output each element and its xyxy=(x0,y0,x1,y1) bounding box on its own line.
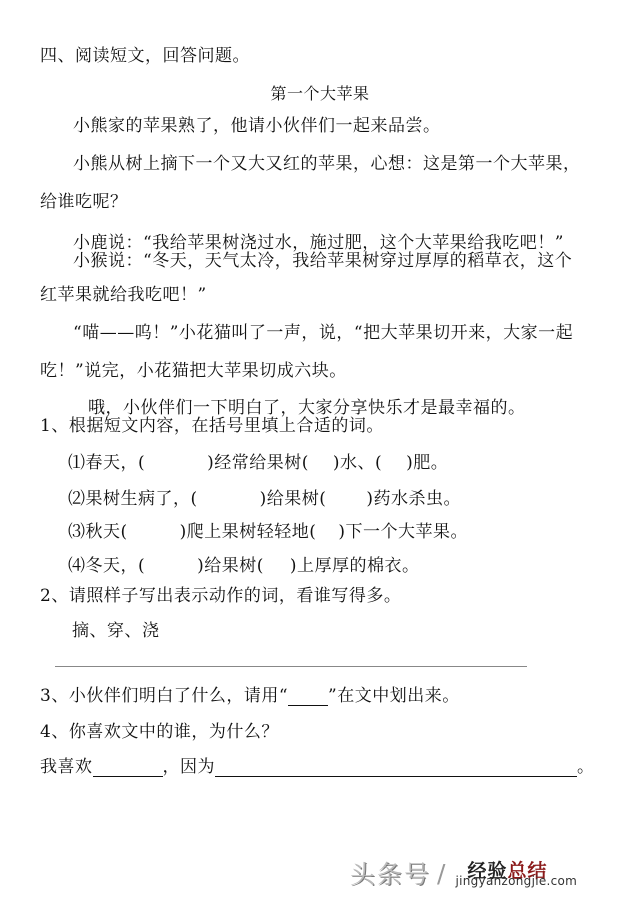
question-1-item-1: ⑴春天，()经常给果树()水、()肥。 xyxy=(68,453,448,473)
question-4-answer: 我喜欢，因为。 xyxy=(40,757,595,777)
story-paragraph-1: 小熊家的苹果熟了，他请小伙伴们一起来品尝。 xyxy=(73,116,441,136)
question-1-item-2: ⑵果树生病了，()给果树()药水杀虫。 xyxy=(68,489,461,509)
story-paragraph-4-line-2: 红苹果就给我吃吧！” xyxy=(40,285,207,305)
story-title: 第一个大苹果 xyxy=(0,84,640,104)
question-2-example: 摘、穿、浇 xyxy=(72,621,160,641)
story-paragraph-3: 小鹿说：“我给苹果树浇过水，施过肥，这个大苹果给我吃吧！” xyxy=(73,233,564,253)
question-4-prompt: 4、你喜欢文中的谁，为什么？ xyxy=(40,722,279,742)
watermark-logo: 经验总结 jingyanzongjie.com xyxy=(455,858,597,888)
story-paragraph-2-line-2: 给谁吃呢？ xyxy=(40,192,128,212)
answer-blank-who[interactable] xyxy=(93,760,163,777)
watermark-separator: / xyxy=(437,859,445,888)
story-paragraph-5-line-1: “喵——呜！”小花猫叫了一声，说，“把大苹果切开来，大家一起 xyxy=(73,323,573,343)
story-paragraph-2-line-1: 小熊从树上摘下一个又大又红的苹果，心想：这是第一个大苹果， xyxy=(73,154,581,174)
section-heading: 四、阅读短文，回答问题。 xyxy=(40,46,250,66)
watermark-platform: 头条号 xyxy=(350,855,431,891)
underline-sample xyxy=(288,689,328,706)
story-paragraph-4-line-1: 小猴说：“冬天，天气太冷，我给苹果树穿过厚厚的稻草衣，这个 xyxy=(73,251,572,271)
question-1-item-3: ⑶秋天()爬上果树轻轻地()下一个大苹果。 xyxy=(68,522,468,542)
question-3-prompt: 3、小伙伴们明白了什么，请用“”在文中划出来。 xyxy=(40,686,460,706)
watermark: 头条号 / 经验总结 jingyanzongjie.com xyxy=(350,858,597,888)
question-1-prompt: 1、根据短文内容，在括号里填上合适的词。 xyxy=(40,416,384,436)
story-paragraph-6: 哦，小伙伴们一下明白了，大家分享快乐才是最幸福的。 xyxy=(88,398,526,418)
watermark-url: jingyanzongjie.com xyxy=(455,874,577,888)
answer-line[interactable] xyxy=(55,666,527,667)
question-2-prompt: 2、请照样子写出表示动作的词，看谁写得多。 xyxy=(40,586,401,606)
story-paragraph-5-line-2: 吃！”说完，小花猫把大苹果切成六块。 xyxy=(40,361,347,381)
answer-blank-why[interactable] xyxy=(215,760,577,777)
question-1-item-4: ⑷冬天，()给果树()上厚厚的棉衣。 xyxy=(68,556,420,576)
